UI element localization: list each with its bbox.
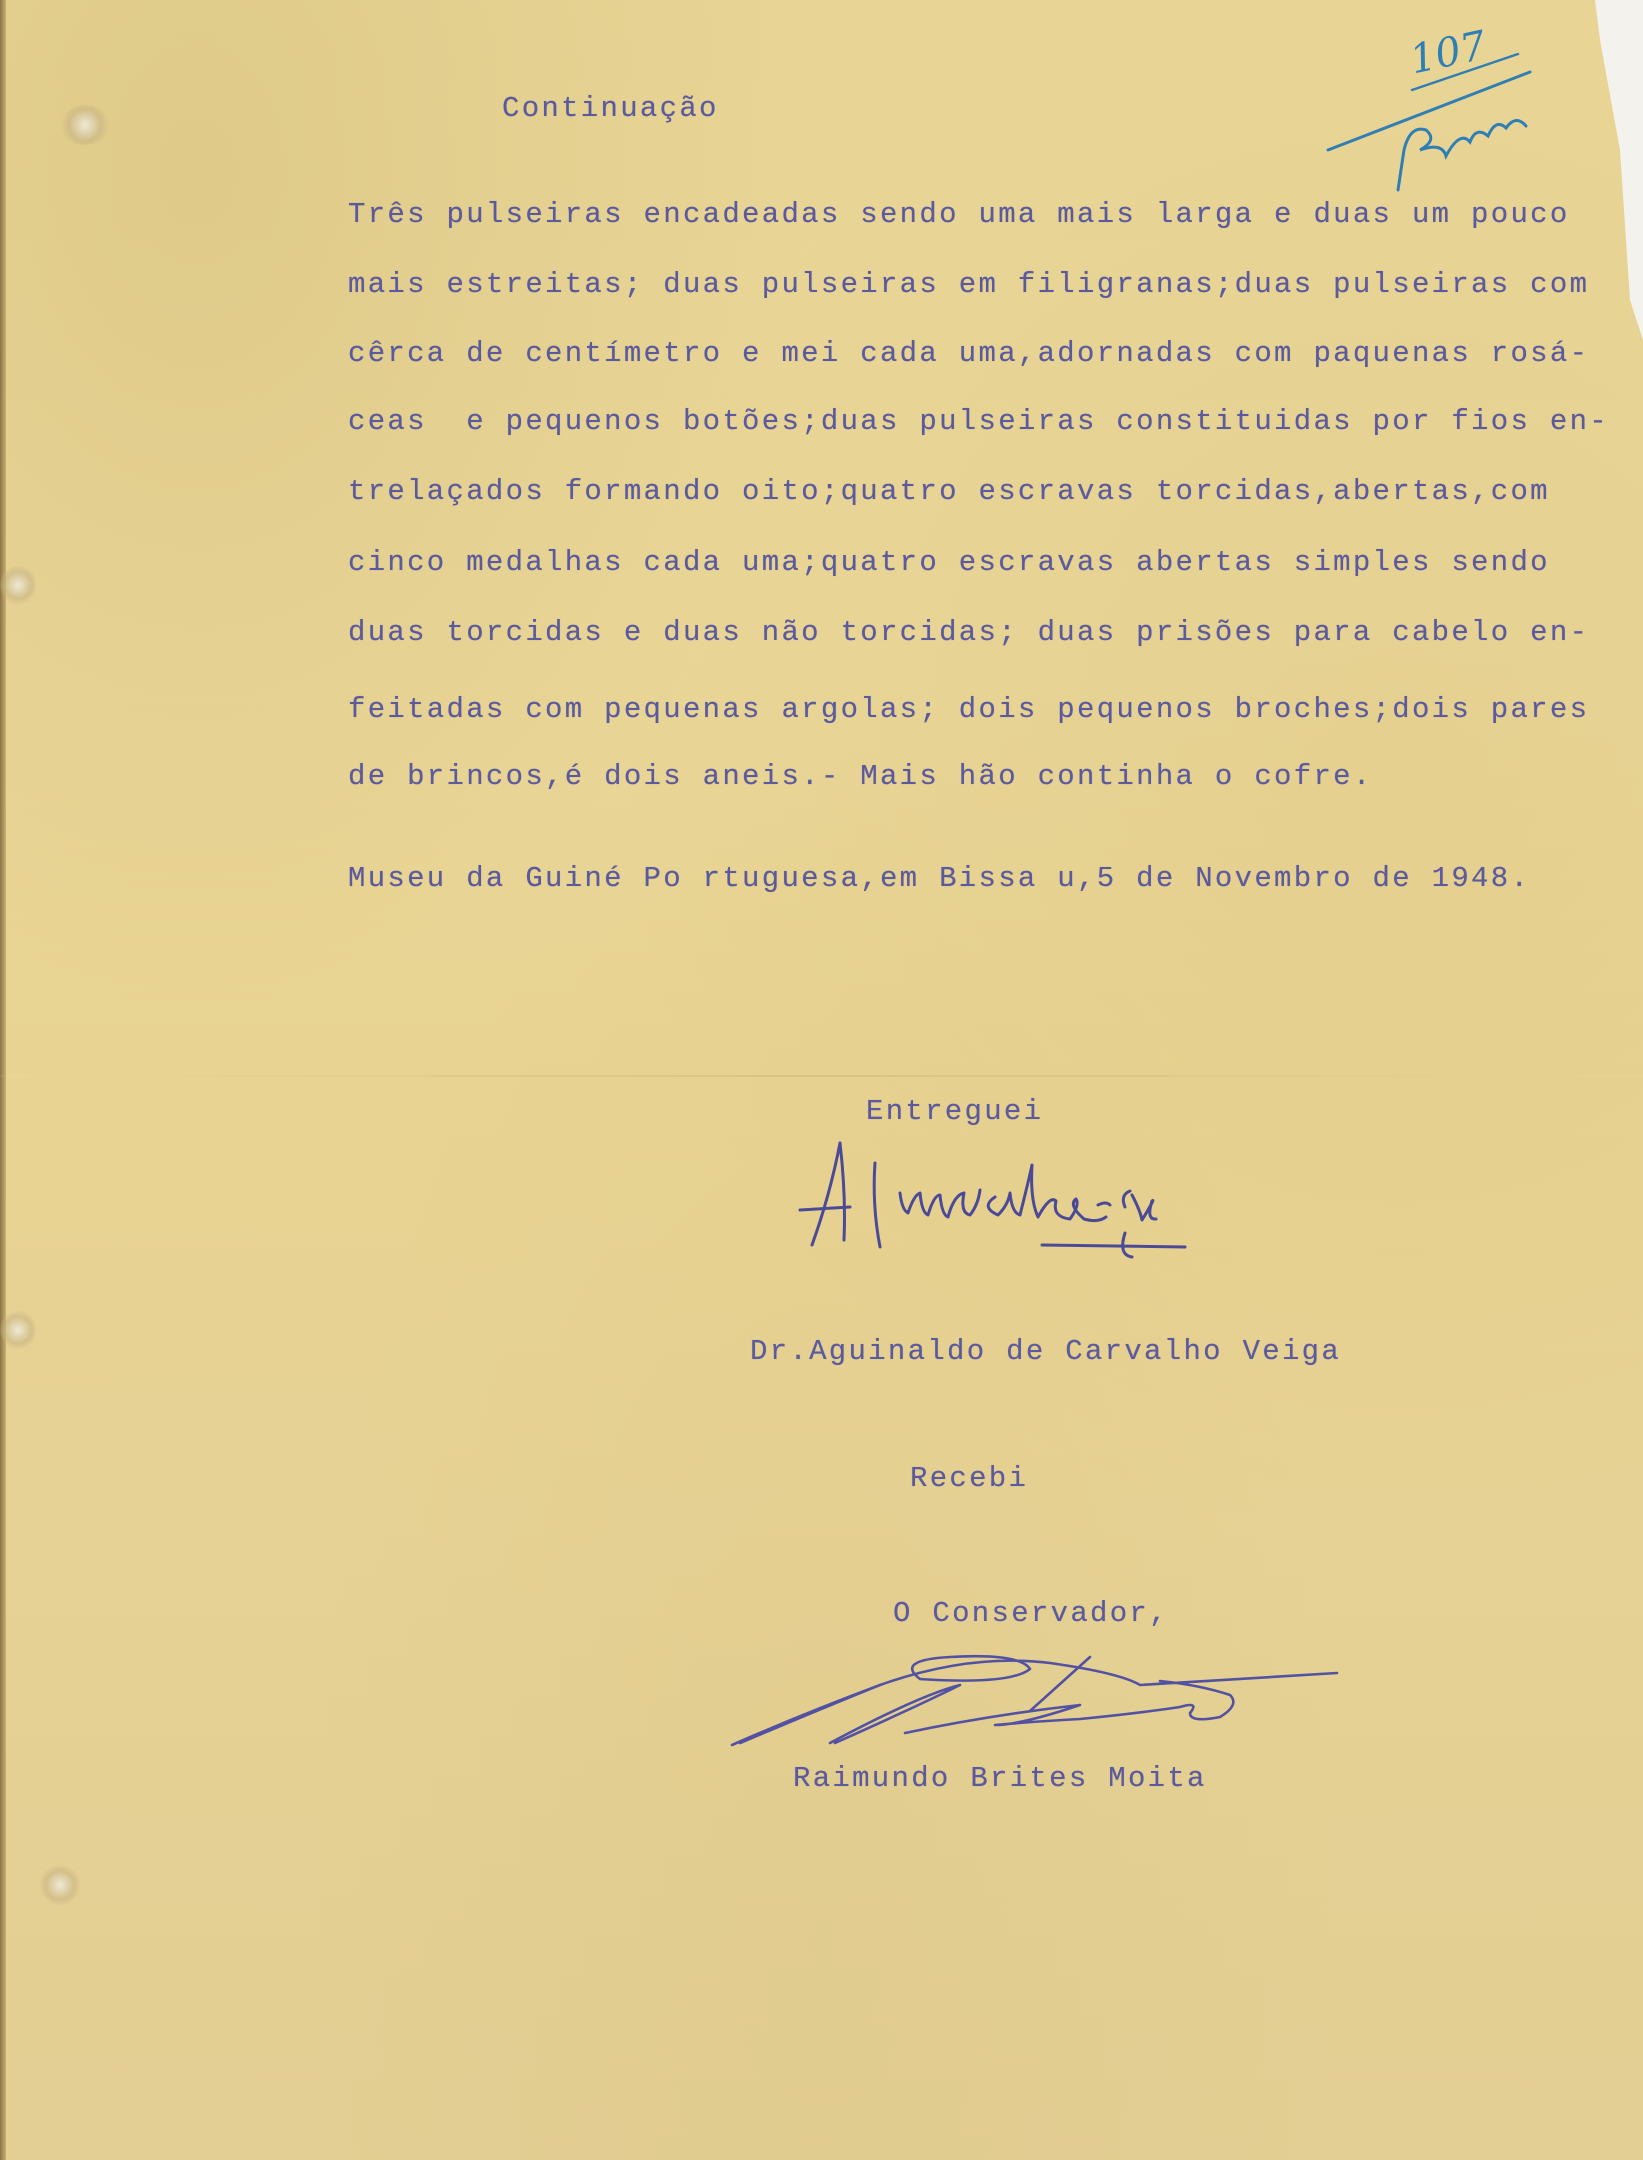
- paper-left-edge: [0, 0, 6, 2160]
- body-line-7: duas torcidas e duas não torcidas; duas …: [348, 616, 1589, 649]
- body-line-1: Três pulseiras encadeadas sendo uma mais…: [348, 198, 1570, 231]
- punch-hole-middle: [0, 565, 36, 605]
- place-date-line: Museu da Guiné Po rtuguesa,em Bissa u,5 …: [348, 862, 1530, 895]
- punch-hole-top: [60, 105, 110, 145]
- delivered-name: Dr.Aguinaldo de Carvalho Veiga: [750, 1335, 1341, 1368]
- body-line-8: feitadas com pequenas argolas; dois pequ…: [348, 693, 1589, 726]
- punch-hole-lower: [0, 1310, 36, 1350]
- body-line-2: mais estreitas; duas pulseiras em filigr…: [348, 268, 1589, 301]
- body-line-3: cêrca de centímetro e mei cada uma,adorn…: [348, 337, 1589, 370]
- paper-sheet: [0, 0, 1643, 2160]
- received-label: Recebi: [910, 1462, 1028, 1495]
- folio-annotation: 107: [1320, 30, 1560, 190]
- delivered-label: Entreguei: [866, 1095, 1043, 1128]
- body-line-9: de brincos,é dois aneis.- Mais hão conti…: [348, 760, 1373, 793]
- punch-hole-bottom: [40, 1865, 80, 1905]
- body-line-5: trelaçados formando oito;quatro escravas…: [348, 475, 1550, 508]
- received-name: Raimundo Brites Moita: [793, 1762, 1207, 1795]
- body-line-6: cinco medalhas cada uma;quatro escravas …: [348, 546, 1550, 579]
- body-line-4: ceas e pequenos botões;duas pulseiras co…: [348, 405, 1609, 438]
- signature-aguinaldo-veiga-icon: [780, 1135, 1340, 1285]
- folio-stroke-icon: [1320, 30, 1560, 190]
- fold-crease: [0, 1075, 1643, 1077]
- signature-moita-icon: [720, 1645, 1340, 1755]
- heading-continuacao: Continuação: [502, 92, 719, 125]
- conservator-role: O Conservador,: [893, 1597, 1169, 1630]
